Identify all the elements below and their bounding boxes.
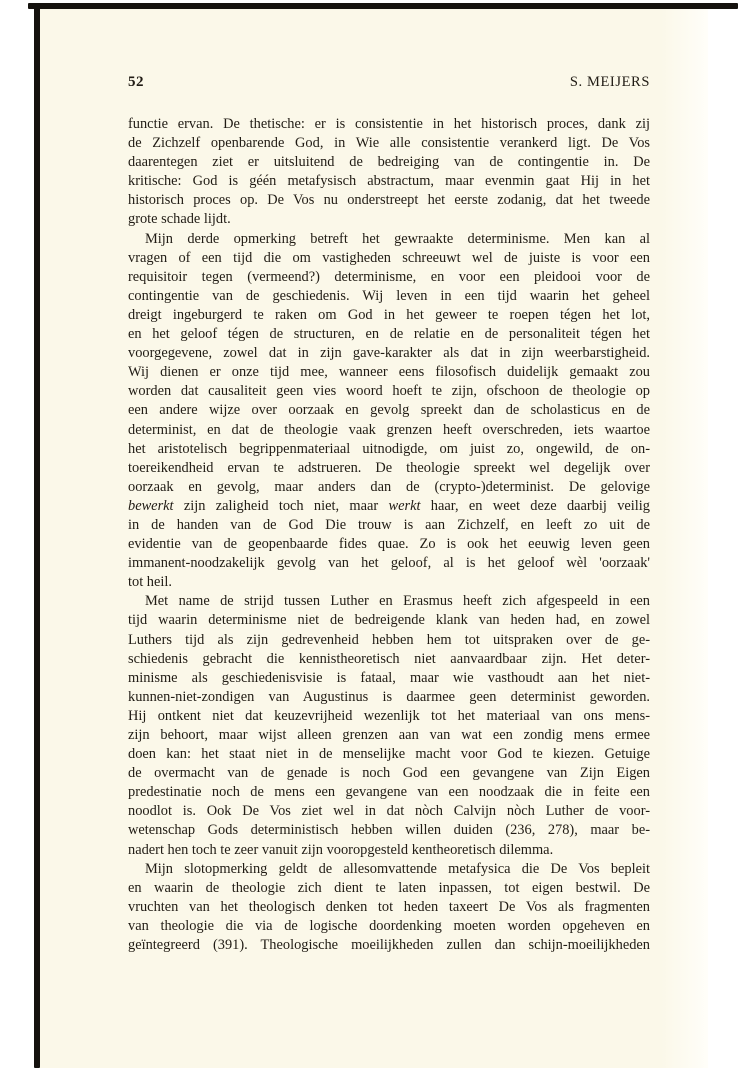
text-line: voorgegevene, zowel dat in zijn gave-kar… xyxy=(128,344,650,363)
page-header: 52 S. MEIJERS xyxy=(128,74,650,91)
text-line: functie ervan. De thetische: er is consi… xyxy=(128,115,650,134)
text-line: een andere wijze over oorzaak en gevolg … xyxy=(128,401,650,420)
text-line: nadert hen toch te zeer vanuit zijn voor… xyxy=(128,841,650,860)
text-line: vruchten van het theologisch denken tot … xyxy=(128,898,650,917)
text-line: daarentegen ziet er uitsluitend de bedre… xyxy=(128,153,650,172)
page-body: functie ervan. De thetische: er is consi… xyxy=(128,115,650,955)
text-line: minisme als geschiedenisvisie is fataal,… xyxy=(128,669,650,688)
text-line: predestinatie noch de mens een gevangene… xyxy=(128,783,650,802)
text-line: dreigt ingeburgerd te raken om God in he… xyxy=(128,306,650,325)
text-line: de overmacht van de genade is noch God e… xyxy=(128,764,650,783)
running-head-author: S. MEIJERS xyxy=(570,74,650,91)
text-line: zijn behoort, maar wijst alleen grenzen … xyxy=(128,726,650,745)
text-line: tijd waarin determinisme niet de bedreig… xyxy=(128,611,650,630)
text-line: toereikendheid ervan te adstrueren. De t… xyxy=(128,459,650,478)
text-line: de Zichzelf openbarende God, in Wie alle… xyxy=(128,134,650,153)
text-line: Mijn derde opmerking betreft het gewraak… xyxy=(128,230,650,249)
text-line: vragen of een tijd die om vastigheden sc… xyxy=(128,249,650,268)
scanned-document-page: { "page": { "number": "52", "running_hea… xyxy=(0,0,738,1068)
book-page: 52 S. MEIJERS functie ervan. De thetisch… xyxy=(40,9,708,1068)
text-line: kunnen-niet-zondigen van Augustinus is d… xyxy=(128,688,650,707)
text-line: requisitoir tegen (vermeend?) determinis… xyxy=(128,268,650,287)
text-line: noodlot is. Ook De Vos ziet wel in dat n… xyxy=(128,802,650,821)
text-line: kritische: God is géén metafysisch abstr… xyxy=(128,172,650,191)
text-line: oorzaak en gevolg, maar anders dan de (c… xyxy=(128,478,650,497)
text-line: determinist, en dat de theologie vaak gr… xyxy=(128,421,650,440)
text-line: immanent-noodzakelijk gevolg van het gel… xyxy=(128,554,650,573)
text-line: en waarin de theologie zich dient te lat… xyxy=(128,879,650,898)
text-line: schiedenis gebracht die kennistheoretisc… xyxy=(128,650,650,669)
text-line: Met name de strijd tussen Luther en Eras… xyxy=(128,592,650,611)
text-line: worden dat causaliteit geen vies woord h… xyxy=(128,382,650,401)
text-line: bewerkt zijn zaligheid toch niet, maar w… xyxy=(128,497,650,516)
text-line: Hij ontkent niet dat keuzevrijheid wezen… xyxy=(128,707,650,726)
text-line: in de handen van de God Die trouw is aan… xyxy=(128,516,650,535)
text-line: grote schade lijdt. xyxy=(128,210,650,229)
text-line: contingentie van de geschiedenis. Wij le… xyxy=(128,287,650,306)
text-line: historisch proces op. De Vos nu onderstr… xyxy=(128,191,650,210)
text-line: Mijn slotopmerking geldt de allesomvatte… xyxy=(128,860,650,879)
text-line: geïntegreerd (391). Theologische moeilij… xyxy=(128,936,650,955)
text-line: en het geloof tégen de structuren, en de… xyxy=(128,325,650,344)
text-line: Luthers tijd als zijn gedrevenheid hebbe… xyxy=(128,631,650,650)
page-number: 52 xyxy=(128,74,144,91)
text-line: Wij dienen er onze tijd mee, wanneer een… xyxy=(128,363,650,382)
text-line: tot heil. xyxy=(128,573,650,592)
text-line: van theologie die via de logische doorde… xyxy=(128,917,650,936)
text-line: doen kan: het staat niet in de menselijk… xyxy=(128,745,650,764)
text-line: wetenschap Gods deterministisch hebben w… xyxy=(128,821,650,840)
text-line: evidentie van de geopenbaarde fides quae… xyxy=(128,535,650,554)
text-line: het aristotelisch begrippenmateriaal uit… xyxy=(128,440,650,459)
